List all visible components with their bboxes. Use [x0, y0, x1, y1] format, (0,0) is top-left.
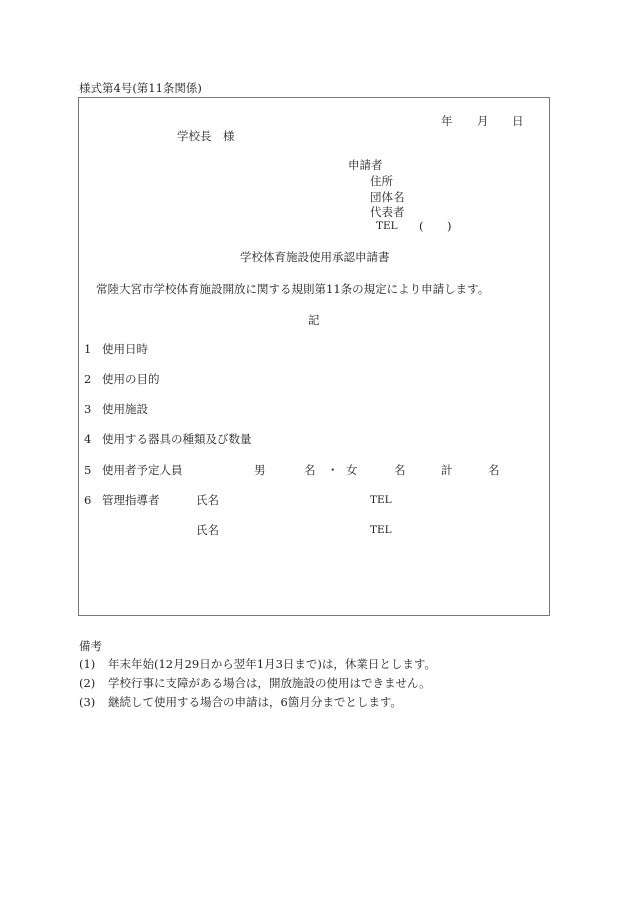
item-2-number: 2 — [84, 372, 91, 386]
note-3-text: 継続して使用する場合の申請は，6箇月分までとします。 — [108, 695, 402, 709]
attendees-total: 計 — [441, 463, 453, 477]
tel-close-paren: ) — [447, 219, 452, 233]
applicant-representative-label: 代表者 — [370, 205, 405, 219]
application-form-frame — [78, 97, 550, 616]
note-2-number: (2) — [79, 676, 95, 690]
note-1-text: 年末年始(12月29日から翌年1月3日まで)は，休業日とします。 — [108, 657, 436, 671]
item-3-number: 3 — [84, 402, 91, 416]
supervisor-1-tel-label: TEL — [370, 493, 392, 507]
item-1-label: 使用日時 — [102, 342, 148, 356]
note-2-text: 学校行事に支障がある場合は，開放施設の使用はできません。 — [108, 676, 431, 690]
attendees-male: 男 — [254, 463, 266, 477]
applicant-tel-label: TEL — [376, 219, 398, 233]
notes-heading: 備考 — [79, 639, 102, 653]
supervisor-2-name-label: 氏名 — [196, 523, 219, 537]
date-month: 月 — [477, 114, 489, 128]
form-title: 学校体育施設使用承認申請書 — [240, 250, 390, 264]
applicant-address-label: 住所 — [370, 174, 393, 188]
applicant-heading: 申請者 — [348, 158, 383, 172]
supervisor-1-name-label: 氏名 — [196, 493, 219, 507]
attendees-female: 女 — [346, 463, 358, 477]
note-3-number: (3) — [79, 695, 95, 709]
item-1-number: 1 — [84, 342, 91, 356]
item-6-label: 管理指導者 — [102, 493, 160, 507]
applicant-group-label: 団体名 — [370, 190, 405, 204]
item-3-label: 使用施設 — [102, 402, 148, 416]
attendees-total-unit: 名 — [488, 463, 500, 477]
statement: 常陸大宮市学校体育施設開放に関する規則第11条の規定により申請します。 — [96, 282, 489, 296]
attendees-female-unit: 名 — [394, 463, 406, 477]
item-2-label: 使用の目的 — [102, 372, 160, 386]
date-year: 年 — [441, 114, 453, 128]
attendees-separator: ・ — [327, 463, 339, 477]
item-5-number: 5 — [84, 463, 91, 477]
item-5-label: 使用者予定人員 — [102, 463, 183, 477]
addressee: 学校長 様 — [177, 129, 235, 143]
item-6-number: 6 — [84, 493, 91, 507]
supervisor-2-tel-label: TEL — [370, 523, 392, 537]
ki-heading: 記 — [308, 313, 320, 327]
item-4-label: 使用する器具の種類及び数量 — [102, 432, 252, 446]
note-1-number: (1) — [79, 657, 95, 671]
item-4-number: 4 — [84, 432, 91, 446]
attendees-male-unit: 名 — [304, 463, 316, 477]
tel-open-paren: ( — [419, 219, 424, 233]
form-label: 様式第4号(第11条関係) — [79, 81, 202, 95]
date-day: 日 — [512, 114, 524, 128]
